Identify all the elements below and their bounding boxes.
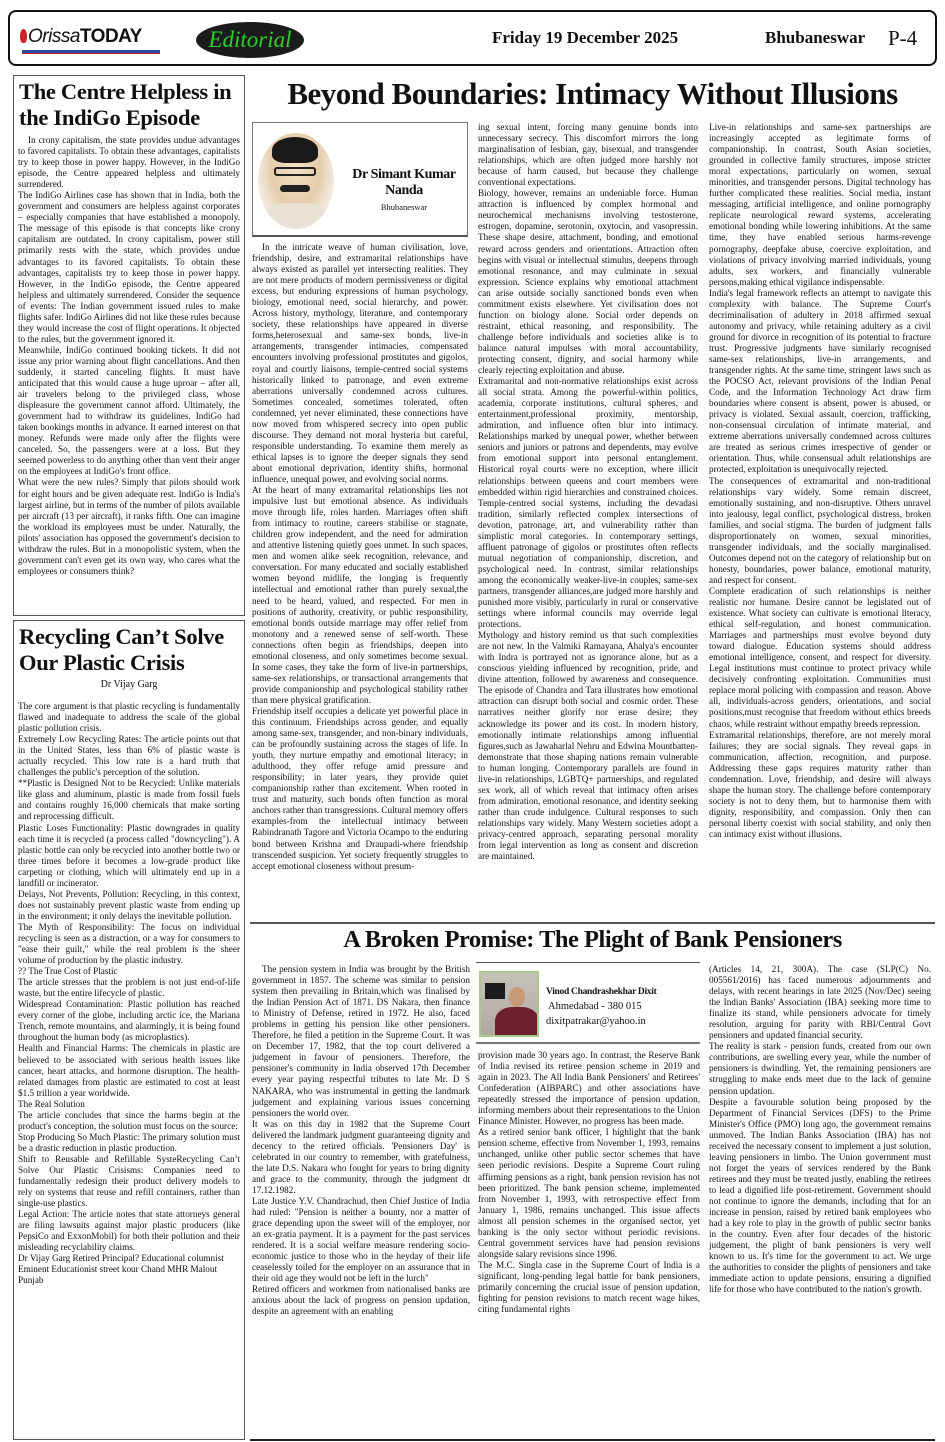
author-city: Bhubaneswar [345,202,463,212]
masthead: OrissaTODAY Editorial Friday 19 December… [8,10,937,66]
paragraph: At the heart of many extramarital relati… [252,485,468,706]
paragraph: The pension system in India was brought … [252,964,470,1119]
paragraph: It was on this day in 1982 that the Supr… [252,1119,470,1196]
author-note: Dr Vijay Garg Retired Principal? Educati… [18,1253,240,1286]
paragraph: The consequences of extramarital and non… [709,476,931,586]
paragraph: Widespread Contamination: Plastic pollut… [18,999,240,1043]
paragraph: Extremely Low Recycling Rates: The artic… [18,734,240,778]
pension-column-1: The pension system in India was brought … [252,964,470,1318]
article-title-pension: A Broken Promise: The Plight of Bank Pen… [250,926,935,954]
author-name: Vinod Chandrashekhar Dixit [546,987,656,997]
paragraph: The core argument is that plastic recycl… [18,701,240,734]
edition-city: Bhubaneswar [765,28,865,48]
issue-date: Friday 19 December 2025 [492,28,678,48]
paragraph: Shift to Reusable and Refillable SysteRe… [18,1154,240,1209]
subheading: The Real Solution [18,1099,240,1110]
orissa-today-logo[interactable]: OrissaTODAY [20,26,160,56]
paragraph: Meanwhile, IndiGo continued booking tick… [18,345,240,478]
paragraph: Mythology and history remind us that suc… [478,630,698,862]
pension-column-2: provision made 30 years ago. In contrast… [478,1050,700,1315]
paragraph: The M.C. Singla case in the Supreme Cour… [478,1260,700,1315]
paragraph: Complete eradication of such relationshi… [709,586,931,730]
author-card: Vinod Chandrashekhar Dixit Ahmedabad - 3… [476,962,700,1044]
paragraph: Health and Financial Harms: The chemical… [18,1043,240,1098]
paragraph: As a retired senior bank officer, I high… [478,1127,700,1260]
author-email[interactable]: dixitpatrakar@yahoo.in [546,1016,646,1027]
paragraph: The article concludes that since the har… [18,1110,240,1132]
paragraph: The article stresses that the problem is… [18,977,240,999]
paragraph: Live-in relationships and same-sex partn… [709,122,931,288]
article-title-intimacy: Beyond Boundaries: Intimacy Without Illu… [250,76,935,112]
intimacy-column-3: Live-in relationships and same-sex partn… [709,122,931,840]
paragraph: Late Justice Y.V. Chandrachud, then Chie… [252,1196,470,1284]
article-title: The Centre Helpless in the IndiGo Episod… [14,76,244,131]
paragraph: What were the new rules? Simply that pil… [18,477,240,576]
bottom-rule [250,1439,935,1441]
paragraph: Extramarital relationships, therefore, a… [709,730,931,840]
paragraph: Retired officers and workmen from nation… [252,1284,470,1317]
paragraph: The Myth of Responsibility: The focus on… [18,922,240,966]
section-divider [250,922,935,924]
paragraph: India's legal framework reflects an atte… [709,288,931,476]
intimacy-column-2: ing sexual intent, forcing many genuine … [478,122,698,862]
article-title: Recycling Can’t Solve Our Plastic Crisis [14,621,244,676]
paragraph: Biology, however, remains an undeniable … [478,188,698,376]
paragraph: Despite a favourable solution being prop… [709,1097,931,1296]
paragraph: The IndiGo Airlines case has shown that … [18,190,240,345]
paragraph: Extramarital and non-normative relations… [478,376,698,630]
logo-underline-red [22,53,160,54]
paragraph: (Articles 14, 21, 300A). The case (SLP(C… [709,964,931,1041]
article-body: The core argument is that plastic recycl… [14,701,244,1286]
flame-icon [20,29,27,43]
article-indigo: The Centre Helpless in the IndiGo Episod… [13,75,245,616]
paragraph: The reality is stark - pension funds, cr… [709,1041,931,1096]
article-body: In crony capitalism, the state provides … [14,135,244,577]
paragraph: In crony capitalism, the state provides … [18,135,240,190]
intimacy-column-1: In the intricate weave of human civilisa… [252,242,468,872]
subheading: ?? The True Cost of Plastic [18,966,240,977]
paragraph: provision made 30 years ago. In contrast… [478,1050,700,1127]
author-city: Ahmedabad - 380 015 [548,1001,642,1012]
section-badge: Editorial [196,22,304,58]
author-photo [258,133,334,229]
paragraph: Friendship itself occupies a delicate ye… [252,706,468,872]
author-name: Dr Simant Kumar Nanda [345,167,463,199]
author-card: Dr Simant Kumar Nanda Bhubaneswar [252,122,468,237]
paragraph: Stop Producing So Much Plastic: The prim… [18,1132,240,1154]
paragraph: Plastic Loses Functionality: Plastic dow… [18,823,240,889]
article-recycling: Recycling Can’t Solve Our Plastic Crisis… [13,620,245,1440]
paragraph: ing sexual intent, forcing many genuine … [478,122,698,188]
pension-column-3: (Articles 14, 21, 300A). The case (SLP(C… [709,964,931,1295]
page-number: P-4 [888,26,917,51]
paragraph: In the intricate weave of human civilisa… [252,242,468,485]
author-photo [479,971,539,1037]
article-byline: Dr Vijay Garg [14,679,244,690]
paragraph: **Plastic is Designed Not to be Recycled… [18,778,240,822]
paragraph: Legal Action: The article notes that sta… [18,1209,240,1253]
paragraph: Delays, Not Prevents, Pollution: Recycli… [18,889,240,922]
